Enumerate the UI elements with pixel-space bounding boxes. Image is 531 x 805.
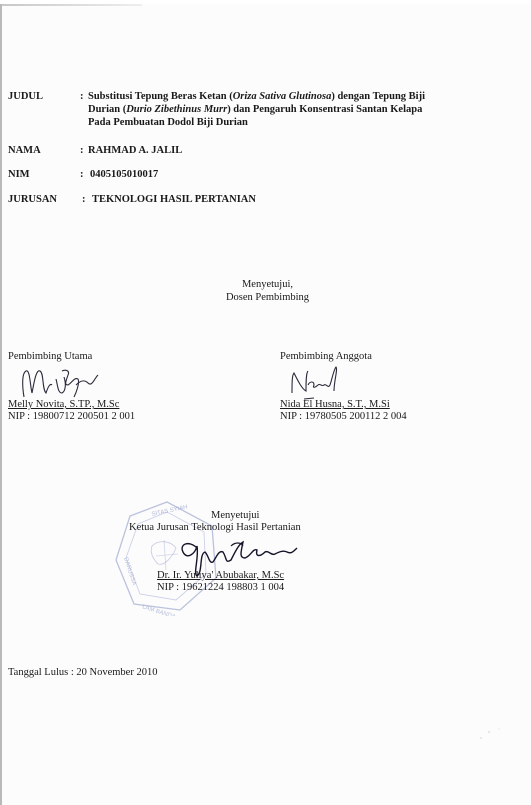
kajur-approval-line-1: Menyetujui [129,510,389,522]
supervisor-main-nip: NIP : 19800712 200501 2 001 [8,411,208,423]
field-label-jurusan: JURUSAN [8,193,78,206]
signature-main [8,363,208,399]
supervisor-main-role: Pembimbing Utama [8,351,208,363]
document-page: JUDUL :Substitusi Tepung Beras Ketan (Or… [0,4,531,805]
kajur-nip: NIP : 19621224 198803 1 004 [129,582,389,594]
head-of-department: Menyetujui Ketua Jurusan Teknologi Hasil… [129,510,389,594]
graduation-label: Tanggal Lulus [8,667,68,678]
supervisor-member-nip: NIP : 19780505 200112 2 004 [280,411,480,423]
approval-header: Menyetujui, Dosen Pembimbing [2,278,531,304]
field-value-nama: :RAHMAD A. JALIL [80,144,182,157]
title-line-2: Durian (Durio Zibethinus Murr) dan Penga… [80,103,520,116]
graduation-date-value: 20 November 2010 [76,667,157,678]
title-line-1: :Substitusi Tepung Beras Ketan (Oriza Sa… [80,90,520,103]
graduation-date: Tanggal Lulus : 20 November 2010 [8,667,157,678]
signature-icon [280,363,380,401]
signature-icon [8,363,138,401]
scan-edge [2,4,142,6]
signature-member [280,363,480,399]
title-line-3: Pada Pembuatan Dodol Biji Durian [80,116,520,129]
approval-line-1: Menyetujui, [2,278,531,291]
approval-line-2: Dosen Pembimbing [2,291,531,304]
supervisor-member: Pembimbing Anggota Nida El Husna, S.T., … [280,351,480,423]
field-value-nim: :0405105010017 [80,168,158,181]
kajur-approval-line-2: Ketua Jurusan Teknologi Hasil Pertanian [129,522,389,534]
field-label-nim: NIM [8,168,78,181]
signature-kajur [129,534,389,570]
field-value-jurusan: :TEKNOLOGI HASIL PERTANIAN [82,193,256,206]
supervisor-main: Pembimbing Utama Melly Novita, S.TP., M.… [8,351,208,423]
scan-specks [477,726,507,746]
thesis-title: :Substitusi Tepung Beras Ketan (Oriza Sa… [80,90,520,129]
signature-icon [169,534,319,578]
supervisor-member-role: Pembimbing Anggota [280,351,480,363]
field-label-judul: JUDUL [8,90,78,103]
graduation-separator: : [71,667,74,678]
field-label-nama: NAMA [8,144,78,157]
svg-text:LAM BANDA: LAM BANDA [141,604,176,616]
